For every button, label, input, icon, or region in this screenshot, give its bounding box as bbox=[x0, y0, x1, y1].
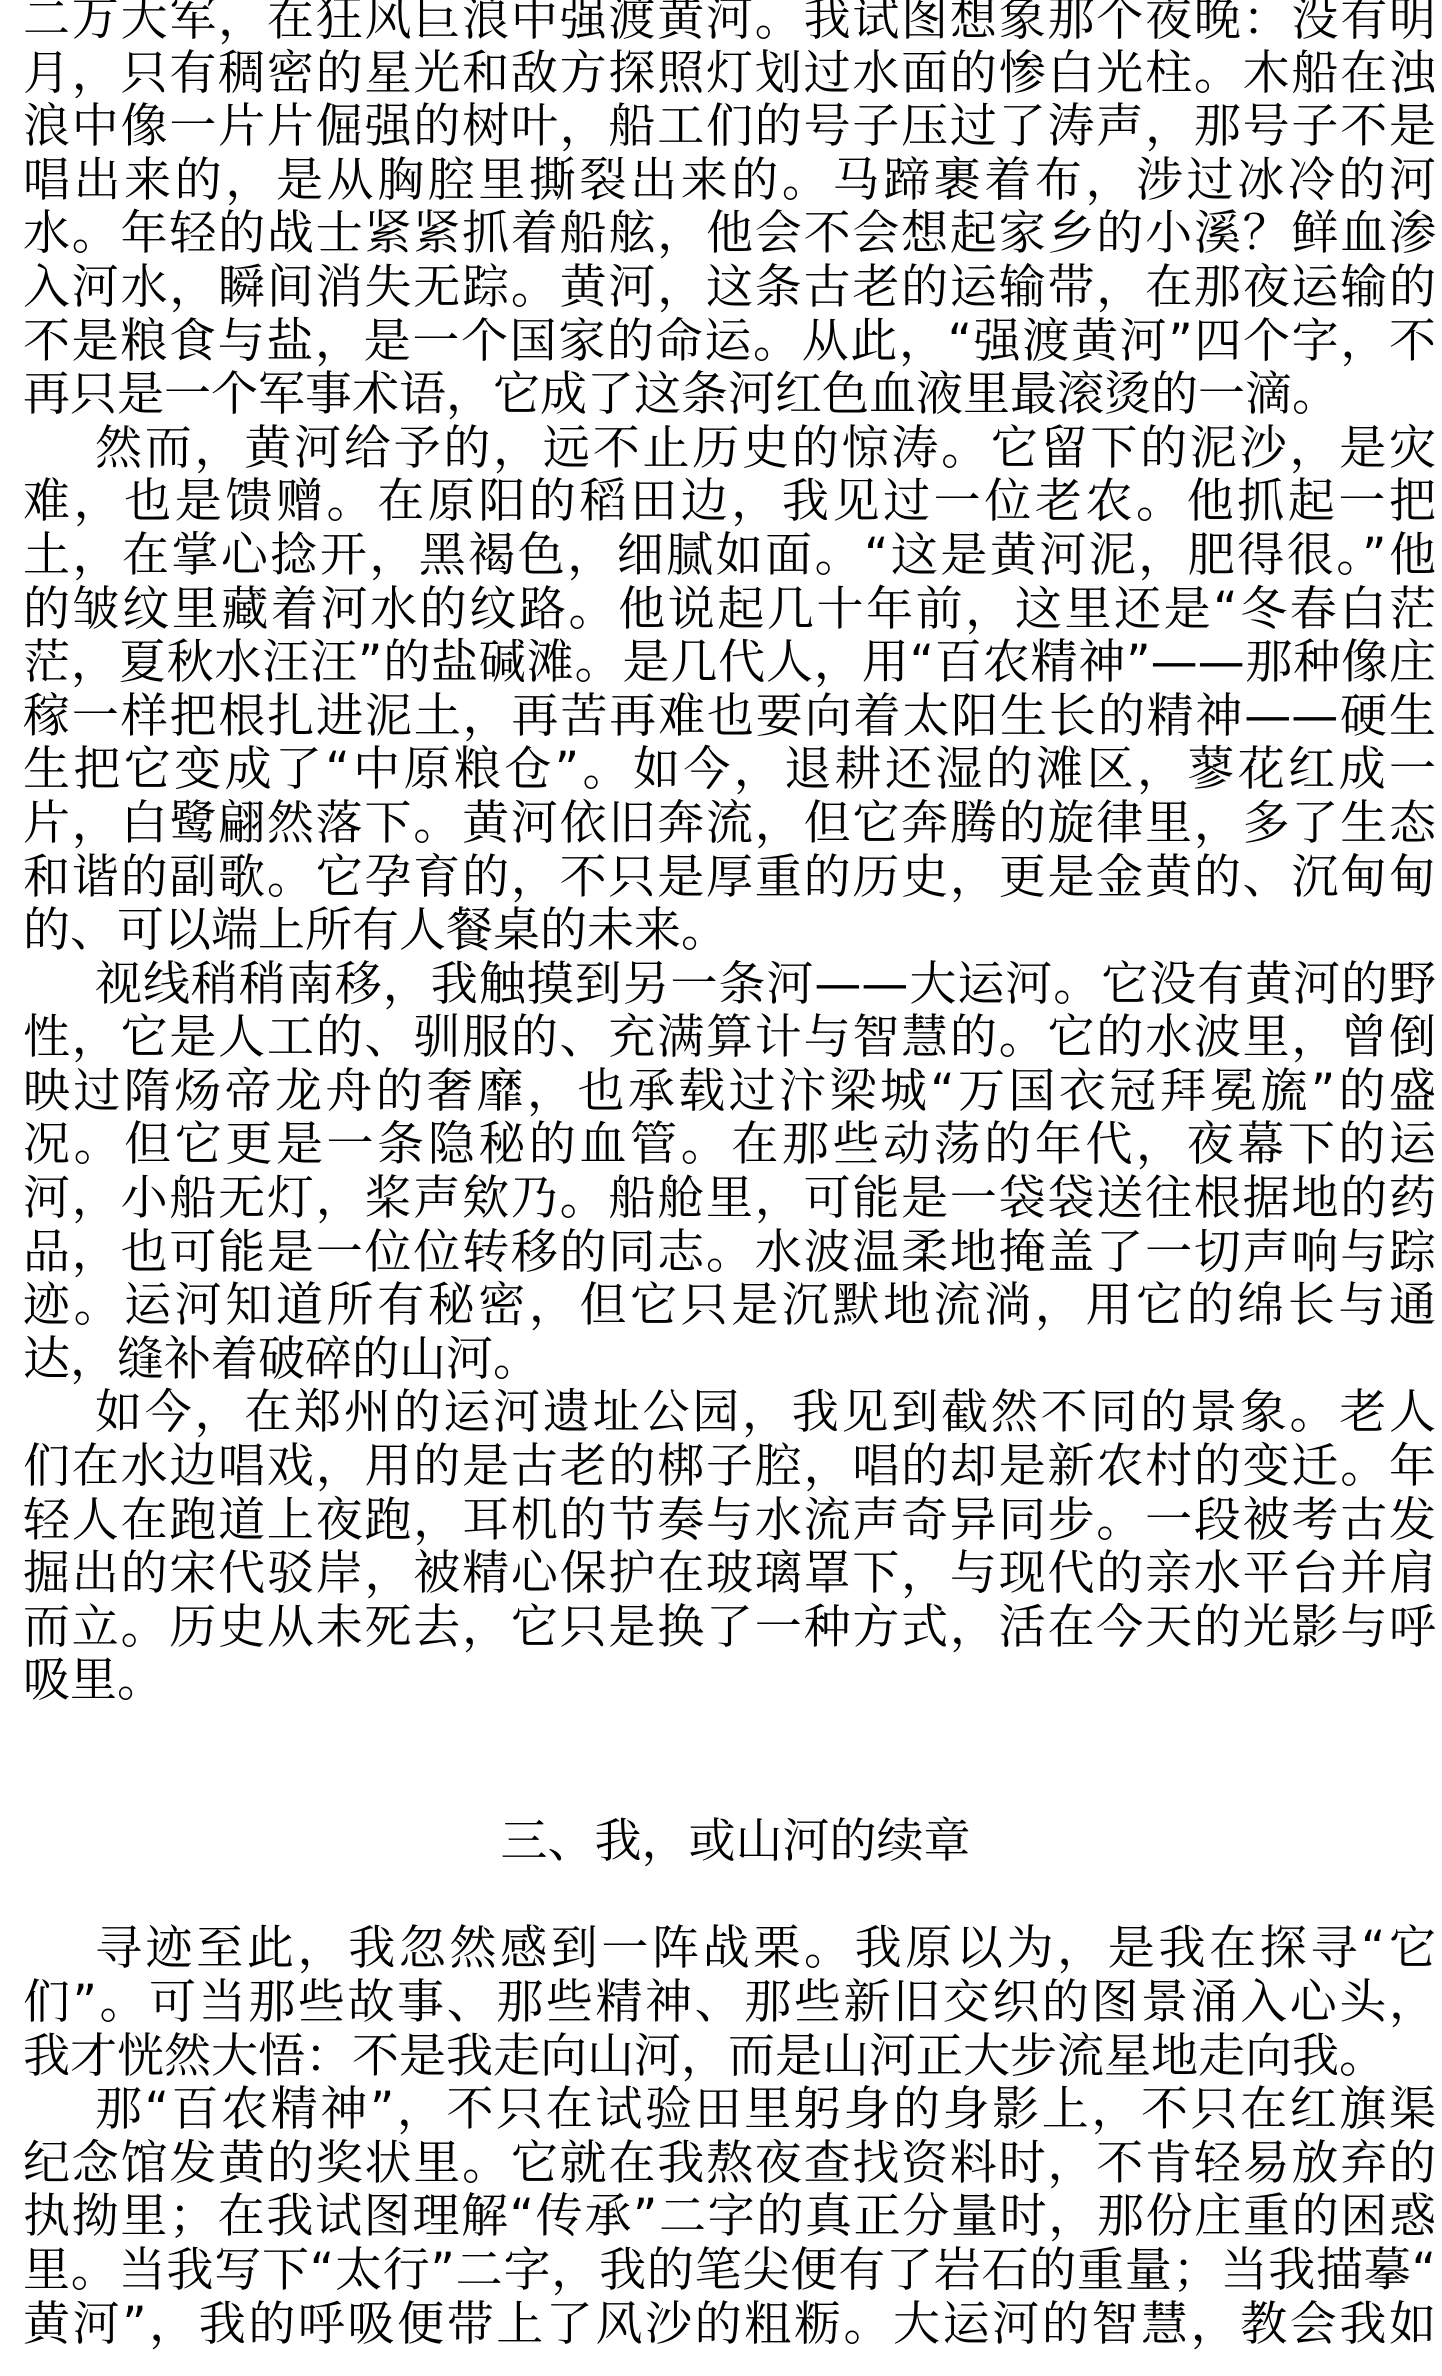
text-line: 里。当我写下“太行”二字，我的笔尖便有了岩石的重量；当我描摹“ bbox=[23, 2244, 1436, 2298]
text-line: 品，也可能是一位位转移的同志。水波温柔地掩盖了一切声响与踪 bbox=[23, 1226, 1436, 1280]
text-line: 纪念馆发黄的奖状里。它就在我熬夜查找资料时，不肯轻易放弃的 bbox=[23, 2137, 1436, 2191]
paragraph-grand-canal: 视线稍稍南移，我触摸到另一条河——大运河。它没有黄河的野 性，它是人工的、驯服的… bbox=[23, 958, 1436, 1387]
text-line: 的皱纹里藏着河水的纹路。他说起几十年前，这里还是“冬春白茫 bbox=[23, 583, 1436, 637]
text-line: 再只是一个军事术语，它成了这条河红色血液里最滚烫的一滴。 bbox=[23, 368, 1436, 422]
text-line: 河，小船无灯，桨声欸乃。船舱里，可能是一袋袋送往根据地的药 bbox=[23, 1172, 1436, 1226]
paragraph-yellow-river-silt: 然而，黄河给予的，远不止历史的惊涛。它留下的泥沙，是灾 难，也是馈赠。在原阳的稻… bbox=[23, 422, 1436, 958]
text-line: 迹。运河知道所有秘密，但它只是沉默地流淌，用它的绵长与通 bbox=[23, 1279, 1436, 1333]
text-line: 如今，在郑州的运河遗址公园，我见到截然不同的景象。老人 bbox=[23, 1386, 1436, 1440]
spacer bbox=[23, 1869, 1436, 1923]
text-line: 黄河”，我的呼吸便带上了风沙的粗粝。大运河的智慧，教会我如 bbox=[23, 2298, 1436, 2352]
text-line: 唱出来的，是从胸腔里撕裂出来的。马蹄裹着布，涉过冰冷的河 bbox=[23, 154, 1436, 208]
text-line: 生把它变成了“中原粮仓”。如今，退耕还湿的滩区，蓼花红成一 bbox=[23, 743, 1436, 797]
text-line: 难，也是馈赠。在原阳的稻田边，我见过一位老农。他抓起一把 bbox=[23, 475, 1436, 529]
text-line: 入河水，瞬间消失无踪。黄河，这条古老的运输带，在那夜运输的 bbox=[23, 261, 1436, 315]
text-line: 掘出的宋代驳岸，被精心保护在玻璃罩下，与现代的亲水平台并肩 bbox=[23, 1547, 1436, 1601]
text-line: 而立。历史从未死去，它只是换了一种方式，活在今天的光影与呼 bbox=[23, 1601, 1436, 1655]
text-line: 性，它是人工的、驯服的、充满算计与智慧的。它的水波里，曾倒 bbox=[23, 1011, 1436, 1065]
text-line: 寻迹至此，我忽然感到一阵战栗。我原以为，是我在探寻“它 bbox=[23, 1922, 1436, 1976]
paragraph-canal-park: 如今，在郑州的运河遗址公园，我见到截然不同的景象。老人 们在水边唱戏，用的是古老… bbox=[23, 1386, 1436, 1708]
text-line: 吸里。 bbox=[23, 1654, 1436, 1708]
text-line: 二万大军，在狂风巨浪中强渡黄河。我试图想象那个夜晚：没有明 bbox=[23, 0, 1436, 47]
text-line: 那“百农精神”，不只在试验田里躬身的身影上，不只在红旗渠 bbox=[23, 2083, 1436, 2137]
text-line: 达，缝补着破碎的山河。 bbox=[23, 1333, 1436, 1387]
spacer bbox=[23, 1762, 1436, 1816]
text-line: 片，白鹭翩然落下。黄河依旧奔流，但它奔腾的旋律里，多了生态 bbox=[23, 797, 1436, 851]
section-heading: 三、我，或山河的续章 bbox=[23, 1815, 1436, 1869]
document-body: 二万大军，在狂风巨浪中强渡黄河。我试图想象那个夜晚：没有明 月，只有稠密的星光和… bbox=[23, 0, 1436, 2351]
text-line: 们在水边唱戏，用的是古老的梆子腔，唱的却是新农村的变迁。年 bbox=[23, 1440, 1436, 1494]
text-line: 映过隋炀帝龙舟的奢靡，也承载过汴梁城“万国衣冠拜冕旒”的盛 bbox=[23, 1065, 1436, 1119]
text-line: 然而，黄河给予的，远不止历史的惊涛。它留下的泥沙，是灾 bbox=[23, 422, 1436, 476]
text-line: 视线稍稍南移，我触摸到另一条河——大运河。它没有黄河的野 bbox=[23, 958, 1436, 1012]
text-line: 况。但它更是一条隐秘的血管。在那些动荡的年代，夜幕下的运 bbox=[23, 1118, 1436, 1172]
paragraph-bainong-spirit: 那“百农精神”，不只在试验田里躬身的身影上，不只在红旗渠 纪念馆发黄的奖状里。它… bbox=[23, 2083, 1436, 2351]
text-line: 水。年轻的战士紧紧抓着船舷，他会不会想起家乡的小溪？鲜血渗 bbox=[23, 207, 1436, 261]
text-line: 茫，夏秋水汪汪”的盐碱滩。是几代人，用“百农精神”——那种像庄 bbox=[23, 636, 1436, 690]
text-line: 轻人在跑道上夜跑，耳机的节奏与水流声奇异同步。一段被考古发 bbox=[23, 1494, 1436, 1548]
text-line: 们”。可当那些故事、那些精神、那些新旧交织的图景涌入心头， bbox=[23, 1976, 1436, 2030]
text-line: 稼一样把根扎进泥土，再苦再难也要向着太阳生长的精神——硬生 bbox=[23, 690, 1436, 744]
text-line: 浪中像一片片倔强的树叶，船工们的号子压过了涛声，那号子不是 bbox=[23, 100, 1436, 154]
text-line: 不是粮食与盐，是一个国家的命运。从此，“强渡黄河”四个字，不 bbox=[23, 315, 1436, 369]
paragraph-yellow-river-crossing: 二万大军，在狂风巨浪中强渡黄河。我试图想象那个夜晚：没有明 月，只有稠密的星光和… bbox=[23, 0, 1436, 422]
text-line: 月，只有稠密的星光和敌方探照灯划过水面的惨白光柱。木船在浊 bbox=[23, 47, 1436, 101]
spacer bbox=[23, 1708, 1436, 1762]
text-line: 的、可以端上所有人餐桌的未来。 bbox=[23, 904, 1436, 958]
text-line: 和谐的副歌。它孕育的，不只是厚重的历史，更是金黄的、沉甸甸 bbox=[23, 851, 1436, 905]
text-line: 土，在掌心捻开，黑褐色，细腻如面。“这是黄河泥，肥得很。”他 bbox=[23, 529, 1436, 583]
text-line: 执拗里；在我试图理解“传承”二字的真正分量时，那份庄重的困惑 bbox=[23, 2190, 1436, 2244]
paragraph-realization: 寻迹至此，我忽然感到一阵战栗。我原以为，是我在探寻“它 们”。可当那些故事、那些… bbox=[23, 1922, 1436, 2083]
text-line: 我才恍然大悟：不是我走向山河，而是山河正大步流星地走向我。 bbox=[23, 2030, 1436, 2084]
